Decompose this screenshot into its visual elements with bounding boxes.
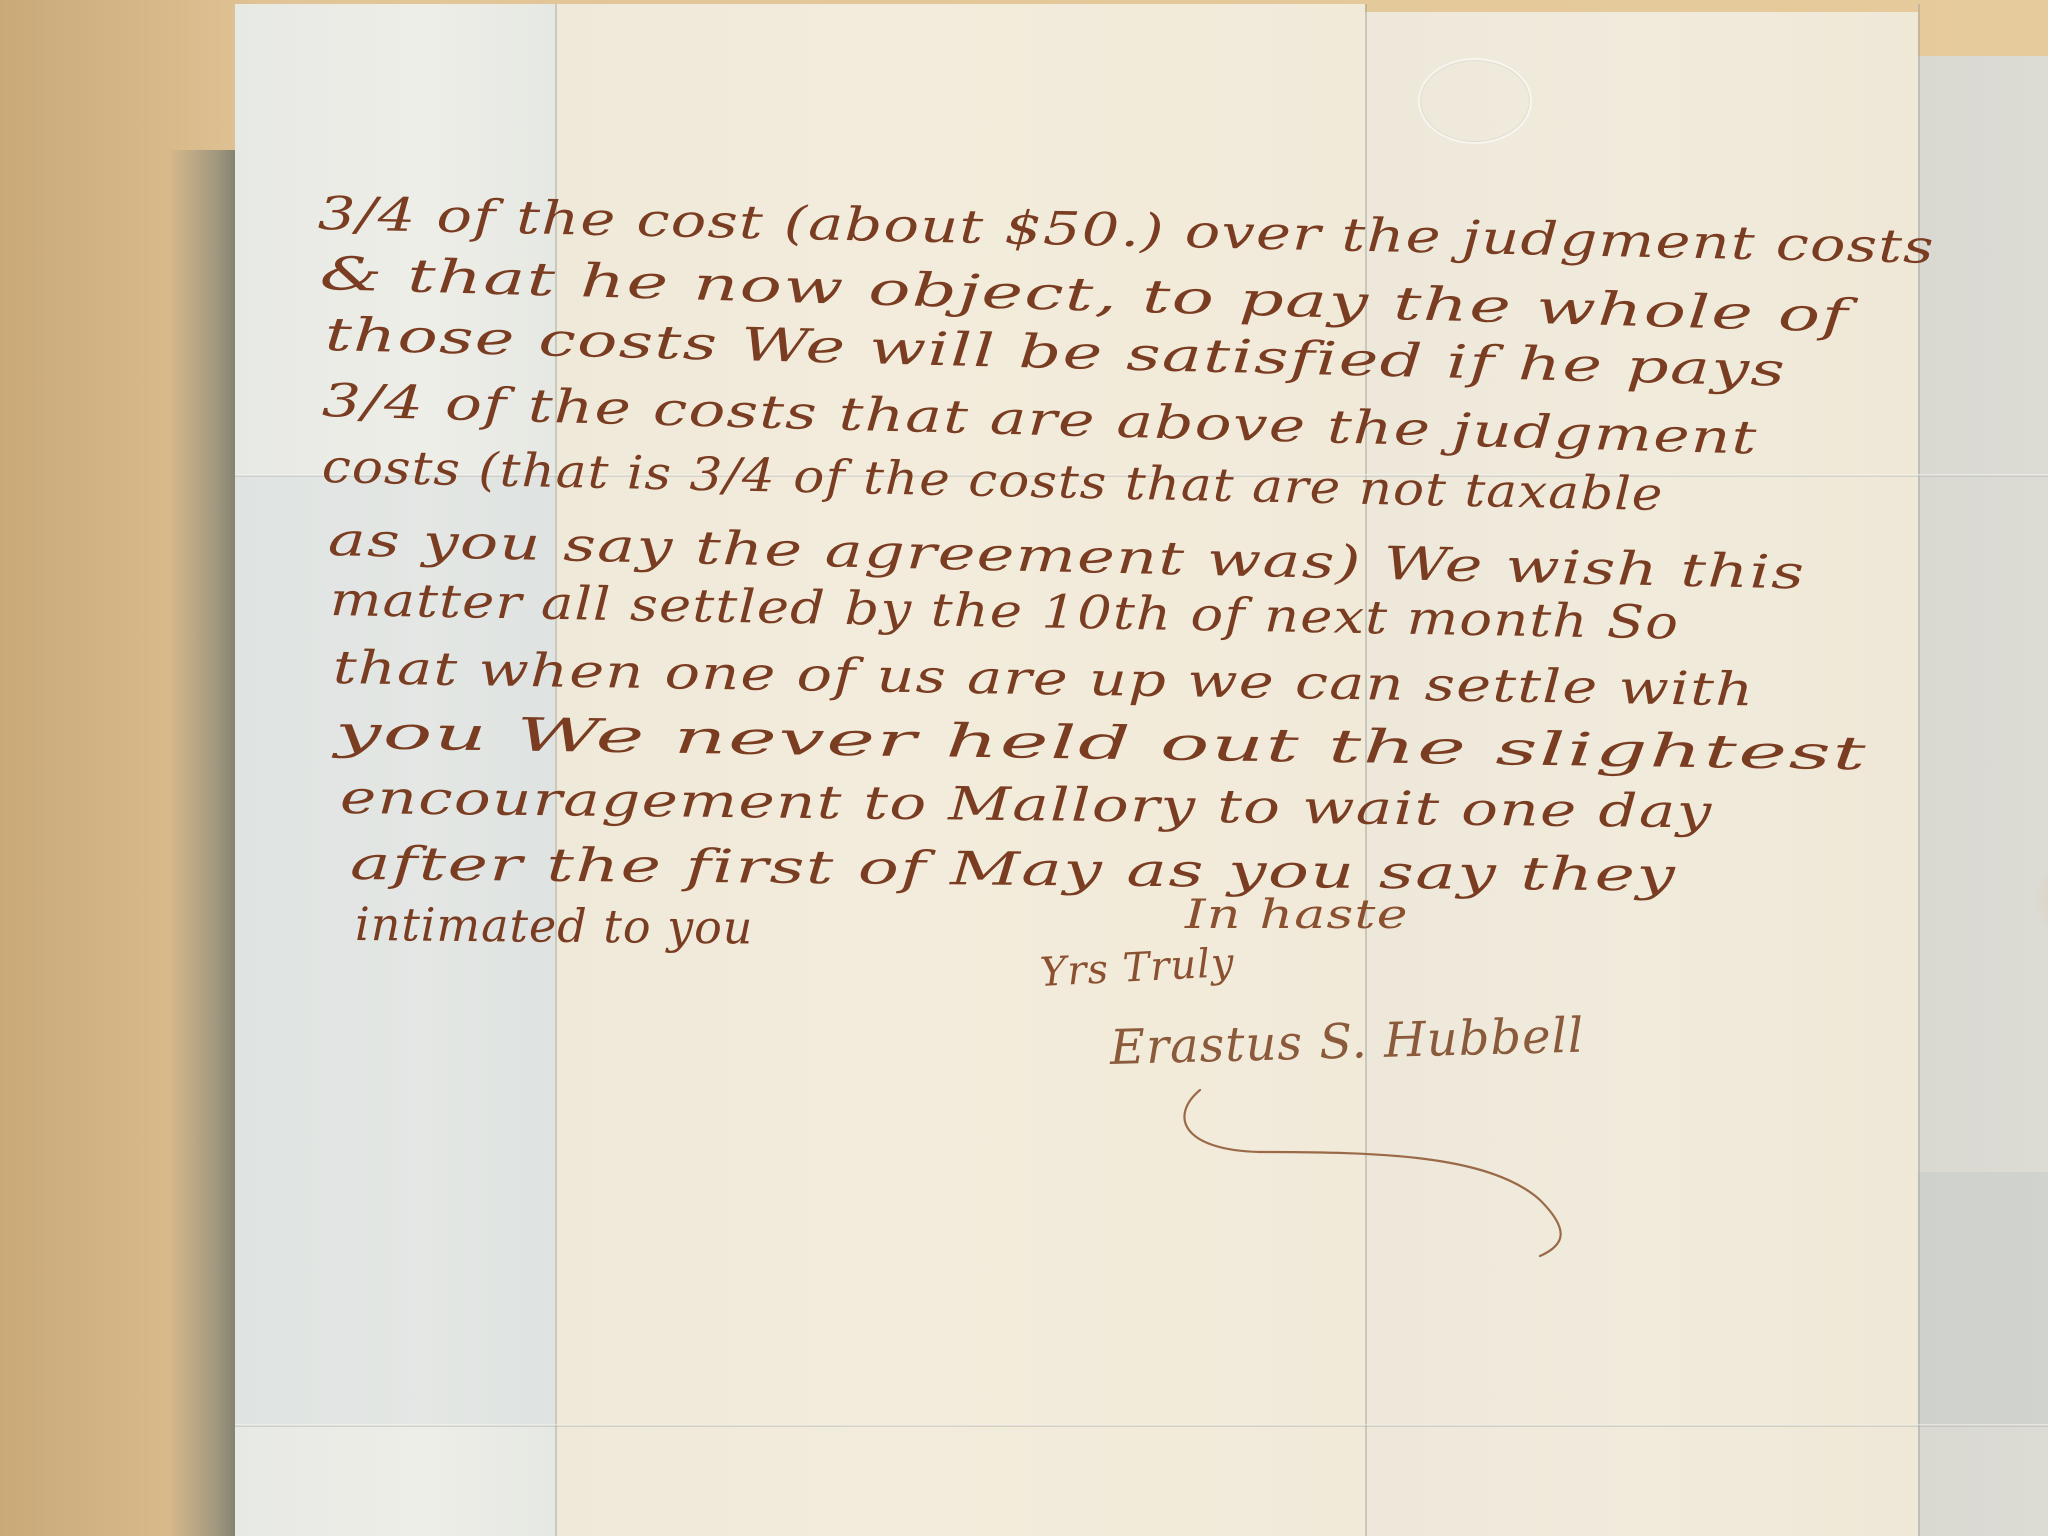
fold-shading bbox=[1918, 1172, 2048, 1424]
closing-note: In haste bbox=[1185, 892, 1409, 938]
paper-shadow bbox=[168, 150, 238, 1536]
fold-crease-horizontal bbox=[235, 1424, 2048, 1427]
embossed-stamp bbox=[1418, 58, 1532, 144]
letter-line: after the first of May as you say they bbox=[350, 836, 1677, 902]
letter-line: intimated to you bbox=[355, 897, 754, 954]
signature-flourish-icon bbox=[1160, 1060, 1620, 1260]
